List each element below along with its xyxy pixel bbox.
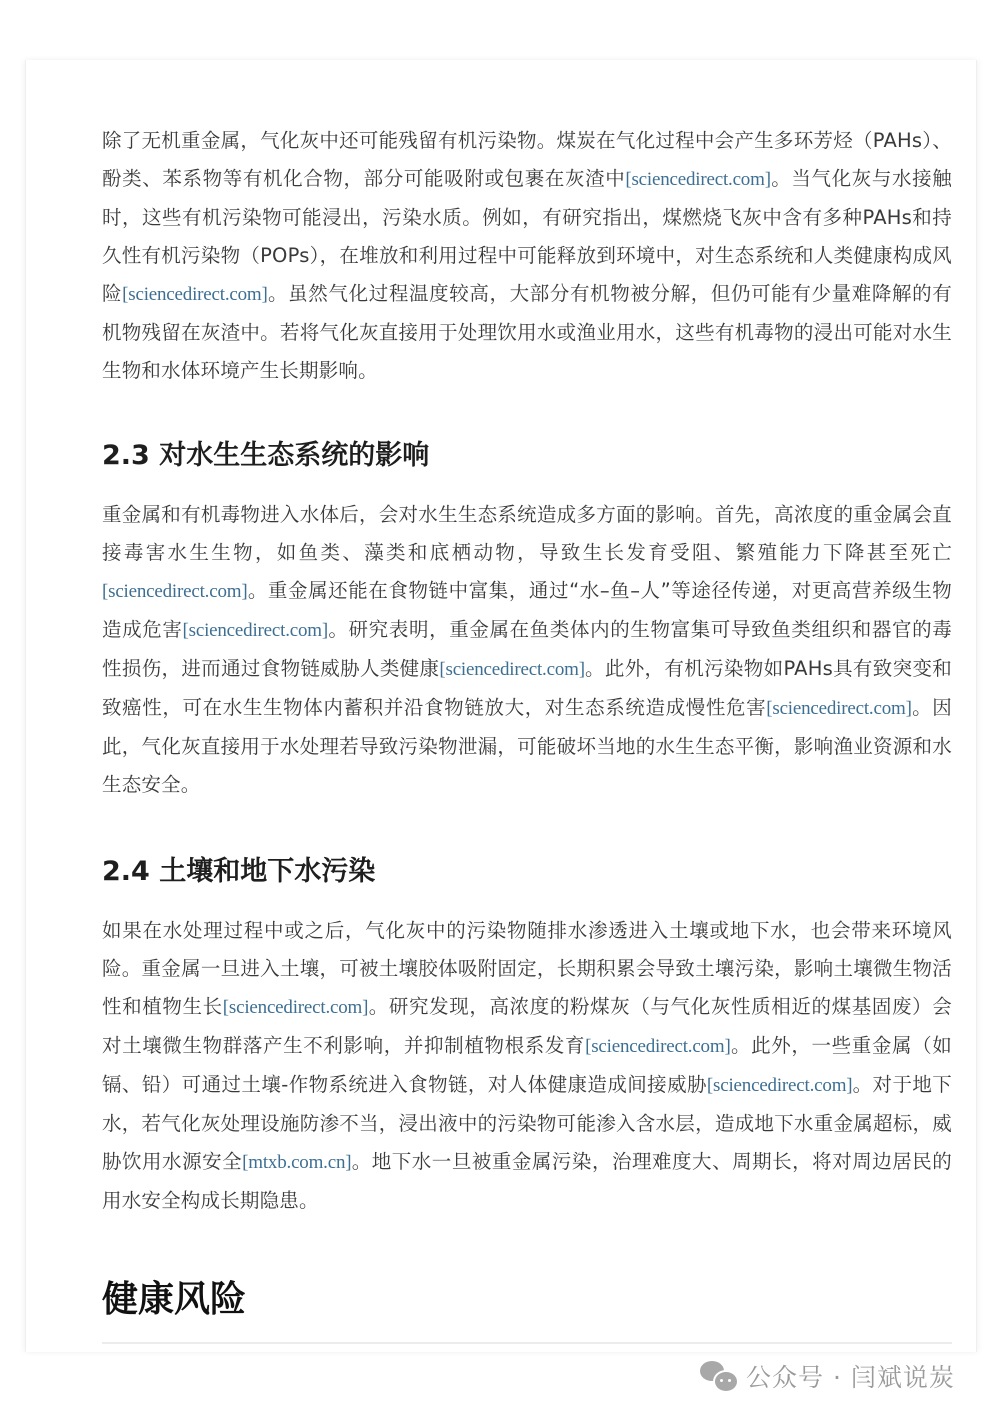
section-2-4-paragraph: 如果在水处理过程中或之后，气化灰中的污染物随排水渗透进入土壤或地下水，也会带来环… <box>102 912 952 1220</box>
citation-link[interactable]: [sciencedirect.com] <box>183 620 328 641</box>
heading-divider <box>102 1342 952 1344</box>
intro-paragraph: 除了无机重金属，气化灰中还可能残留有机污染物。煤炭在气化过程中会产生多环芳烃（P… <box>102 122 952 390</box>
citation-link[interactable]: [sciencedirect.com] <box>585 1036 730 1057</box>
citation-link[interactable]: [mtxb.com.cn] <box>242 1152 351 1173</box>
section-2-3-paragraph: 重金属和有机毒物进入水体后，会对水生生态系统造成多方面的影响。首先，高浓度的重金… <box>102 496 952 804</box>
section-heading-2-4: 2.4 土壤和地下水污染 <box>102 852 952 892</box>
chapter-heading-health-risk: 健康风险 <box>102 1276 952 1324</box>
watermark: 公众号 · 闫斌说炭 <box>700 1355 955 1397</box>
article-content: 除了无机重金属，气化灰中还可能残留有机污染物。煤炭在气化过程中会产生多环芳烃（P… <box>102 122 952 1344</box>
citation-link[interactable]: [sciencedirect.com] <box>707 1075 852 1096</box>
article-card: 除了无机重金属，气化灰中还可能残留有机污染物。煤炭在气化过程中会产生多环芳烃（P… <box>25 60 977 1352</box>
section-heading-2-3: 2.3 对水生生态系统的影响 <box>102 436 952 476</box>
wechat-icon <box>700 1359 738 1393</box>
citation-link[interactable]: [sciencedirect.com] <box>102 581 247 602</box>
citation-link[interactable]: [sciencedirect.com] <box>223 997 368 1018</box>
paragraph-text: 重金属和有机毒物进入水体后，会对水生生态系统造成多方面的影响。首先，高浓度的重金… <box>102 503 952 564</box>
citation-link[interactable]: [sciencedirect.com] <box>439 659 584 680</box>
citation-link[interactable]: [sciencedirect.com] <box>122 284 267 305</box>
citation-link[interactable]: [sciencedirect.com] <box>766 698 911 719</box>
watermark-label: 公众号 · 闫斌说炭 <box>746 1358 955 1394</box>
citation-link[interactable]: [sciencedirect.com] <box>625 169 770 190</box>
